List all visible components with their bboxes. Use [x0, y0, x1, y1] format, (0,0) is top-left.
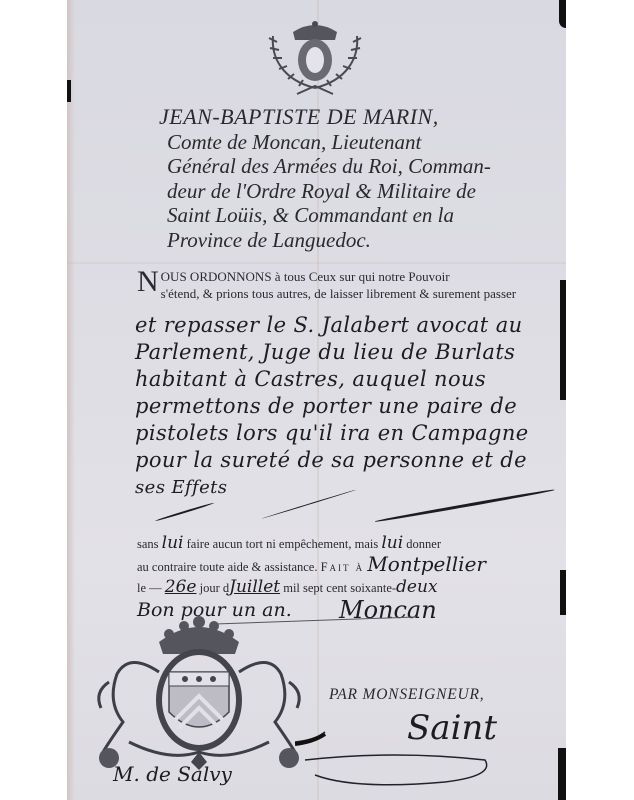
day: 26e [165, 577, 197, 597]
year: deux [396, 577, 437, 597]
title-line: Comte de Moncan, Lieutenant [159, 130, 559, 155]
handwritten-line: pour la sureté de sa personne et de [135, 447, 555, 474]
fold-line [67, 262, 566, 264]
handwritten-line: permettons de porter une paire de [135, 393, 555, 420]
signature-moncan: Moncan [339, 596, 437, 624]
edge-tear [560, 280, 566, 400]
handwritten-line: et repasser le S. Jalabert avocat au [135, 312, 555, 339]
coat-of-arms-with-lions-icon [89, 612, 309, 772]
order-line: s'étend, & prions tous autres, de laisse… [161, 286, 516, 301]
edge-tear [560, 570, 566, 615]
edge-tear [67, 80, 71, 102]
title-line: Général des Armées du Roi, Comman- [159, 154, 559, 179]
edge-tear [559, 0, 566, 28]
fill-stroke [155, 502, 215, 522]
handwritten-body: et repasser le S. Jalabert avocat au Par… [135, 312, 555, 501]
title-name: JEAN-BAPTISTE DE MARIN, [159, 105, 559, 130]
title-line: Saint Loüis, & Commandant en la [159, 203, 559, 228]
handwritten-line: pistolets lors qu'il ira en Campagne [135, 420, 555, 447]
month: Juillet [229, 577, 280, 597]
issuer-title: JEAN-BAPTISTE DE MARIN, Comte de Moncan,… [159, 105, 559, 252]
handwritten-line: ses Effets [135, 474, 555, 501]
order-line: OUS ORDONNONS à tous Ceux sur qui notre … [161, 269, 450, 284]
closing-line: sans lui faire aucun tort ni empêchement… [137, 533, 557, 554]
title-line: Province de Languedoc. [159, 228, 559, 253]
place: Montpellier [367, 552, 486, 576]
edge-tear [558, 748, 566, 800]
closing-line: le — 26e jour dJuillet mil sept cent soi… [137, 577, 557, 598]
drop-cap: N [137, 270, 159, 294]
par-monseigneur-label: PAR MONSEIGNEUR, [329, 686, 484, 704]
order-paragraph: N OUS ORDONNONS à tous Ceux sur qui notr… [137, 268, 547, 302]
document-page: JEAN-BAPTISTE DE MARIN, Comte de Moncan,… [67, 0, 566, 800]
title-line: deur de l'Ordre Royal & Militaire de [159, 179, 559, 204]
crowned-coat-of-arms-icon [263, 18, 367, 96]
handwritten-line: habitant à Castres, auquel nous [135, 366, 555, 393]
closing-line: au contraire toute aide & assistance. Fa… [137, 554, 557, 577]
handwritten-line: Parlement, Juge du lieu de Burlats [135, 339, 555, 366]
signature-registrar: M. de Salvy [113, 762, 232, 786]
signature-flourish [295, 720, 495, 790]
